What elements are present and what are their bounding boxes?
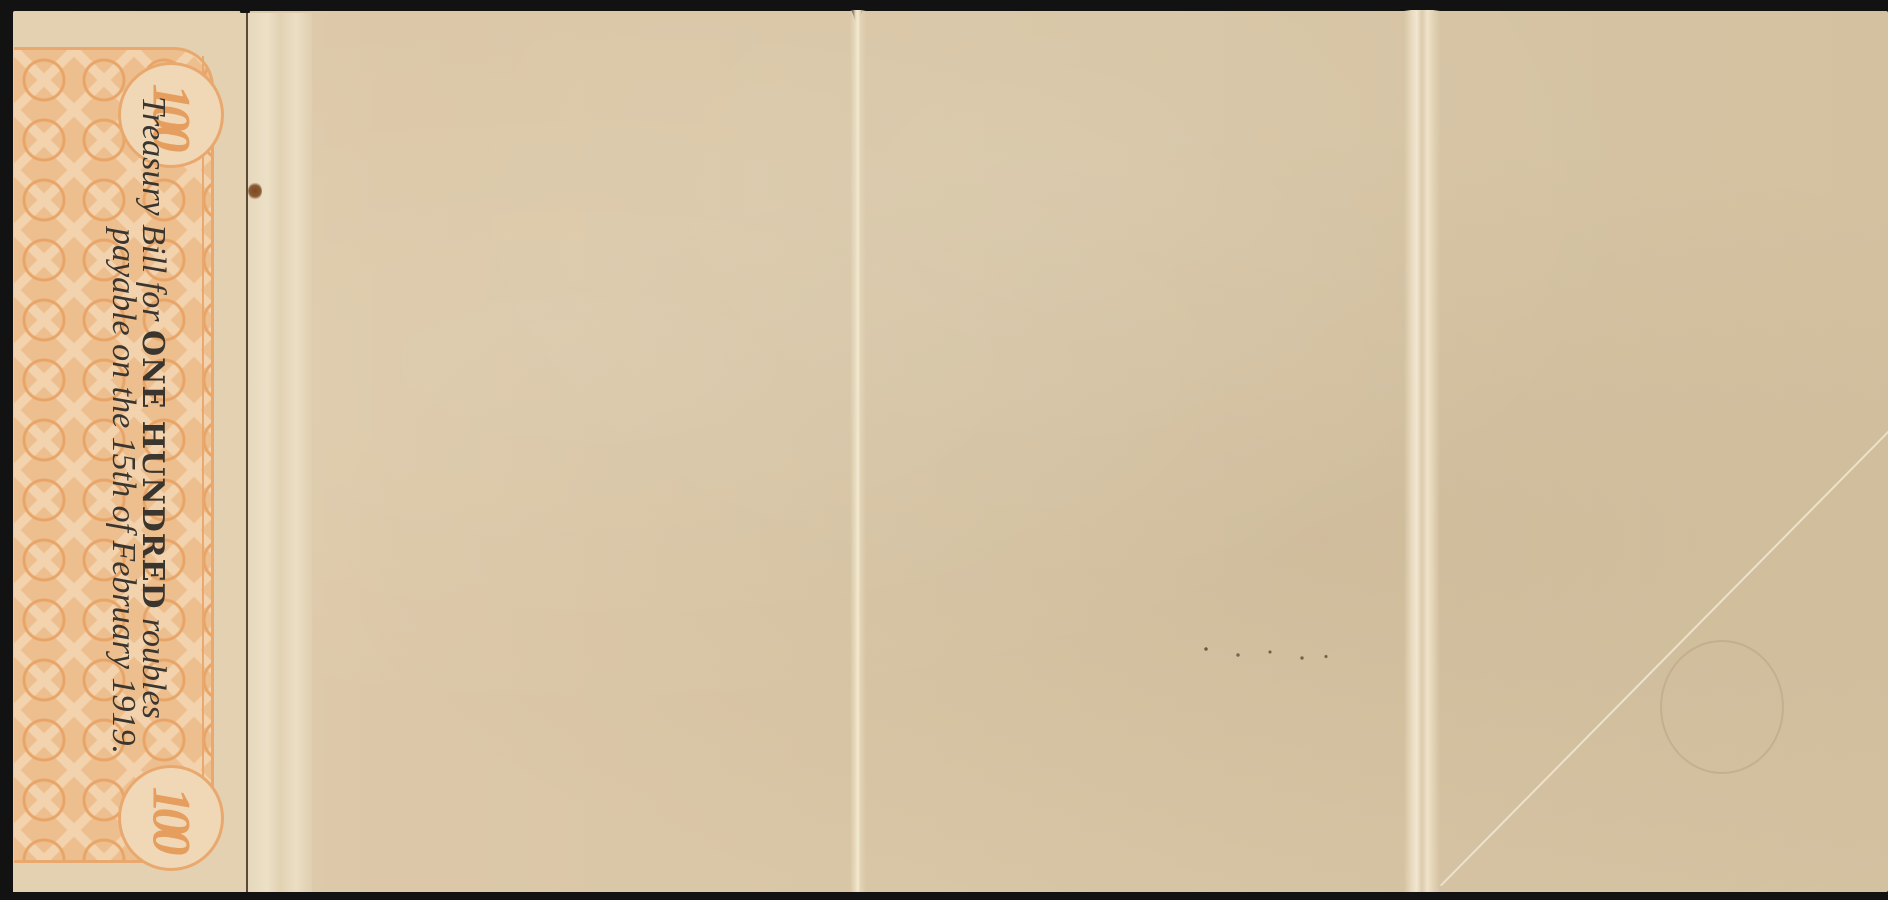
ink-specks bbox=[1190, 640, 1350, 670]
rust-stain bbox=[248, 182, 262, 200]
crease-strip bbox=[248, 13, 312, 892]
vertical-fold-2 bbox=[1404, 10, 1440, 892]
overprint-line-2: payable on the 15th of February 1919. bbox=[106, 228, 140, 754]
faded-stamp-impression bbox=[1660, 640, 1784, 774]
denomination-numeral-bottom: 100 bbox=[118, 765, 224, 871]
vertical-fold-1 bbox=[850, 10, 866, 892]
